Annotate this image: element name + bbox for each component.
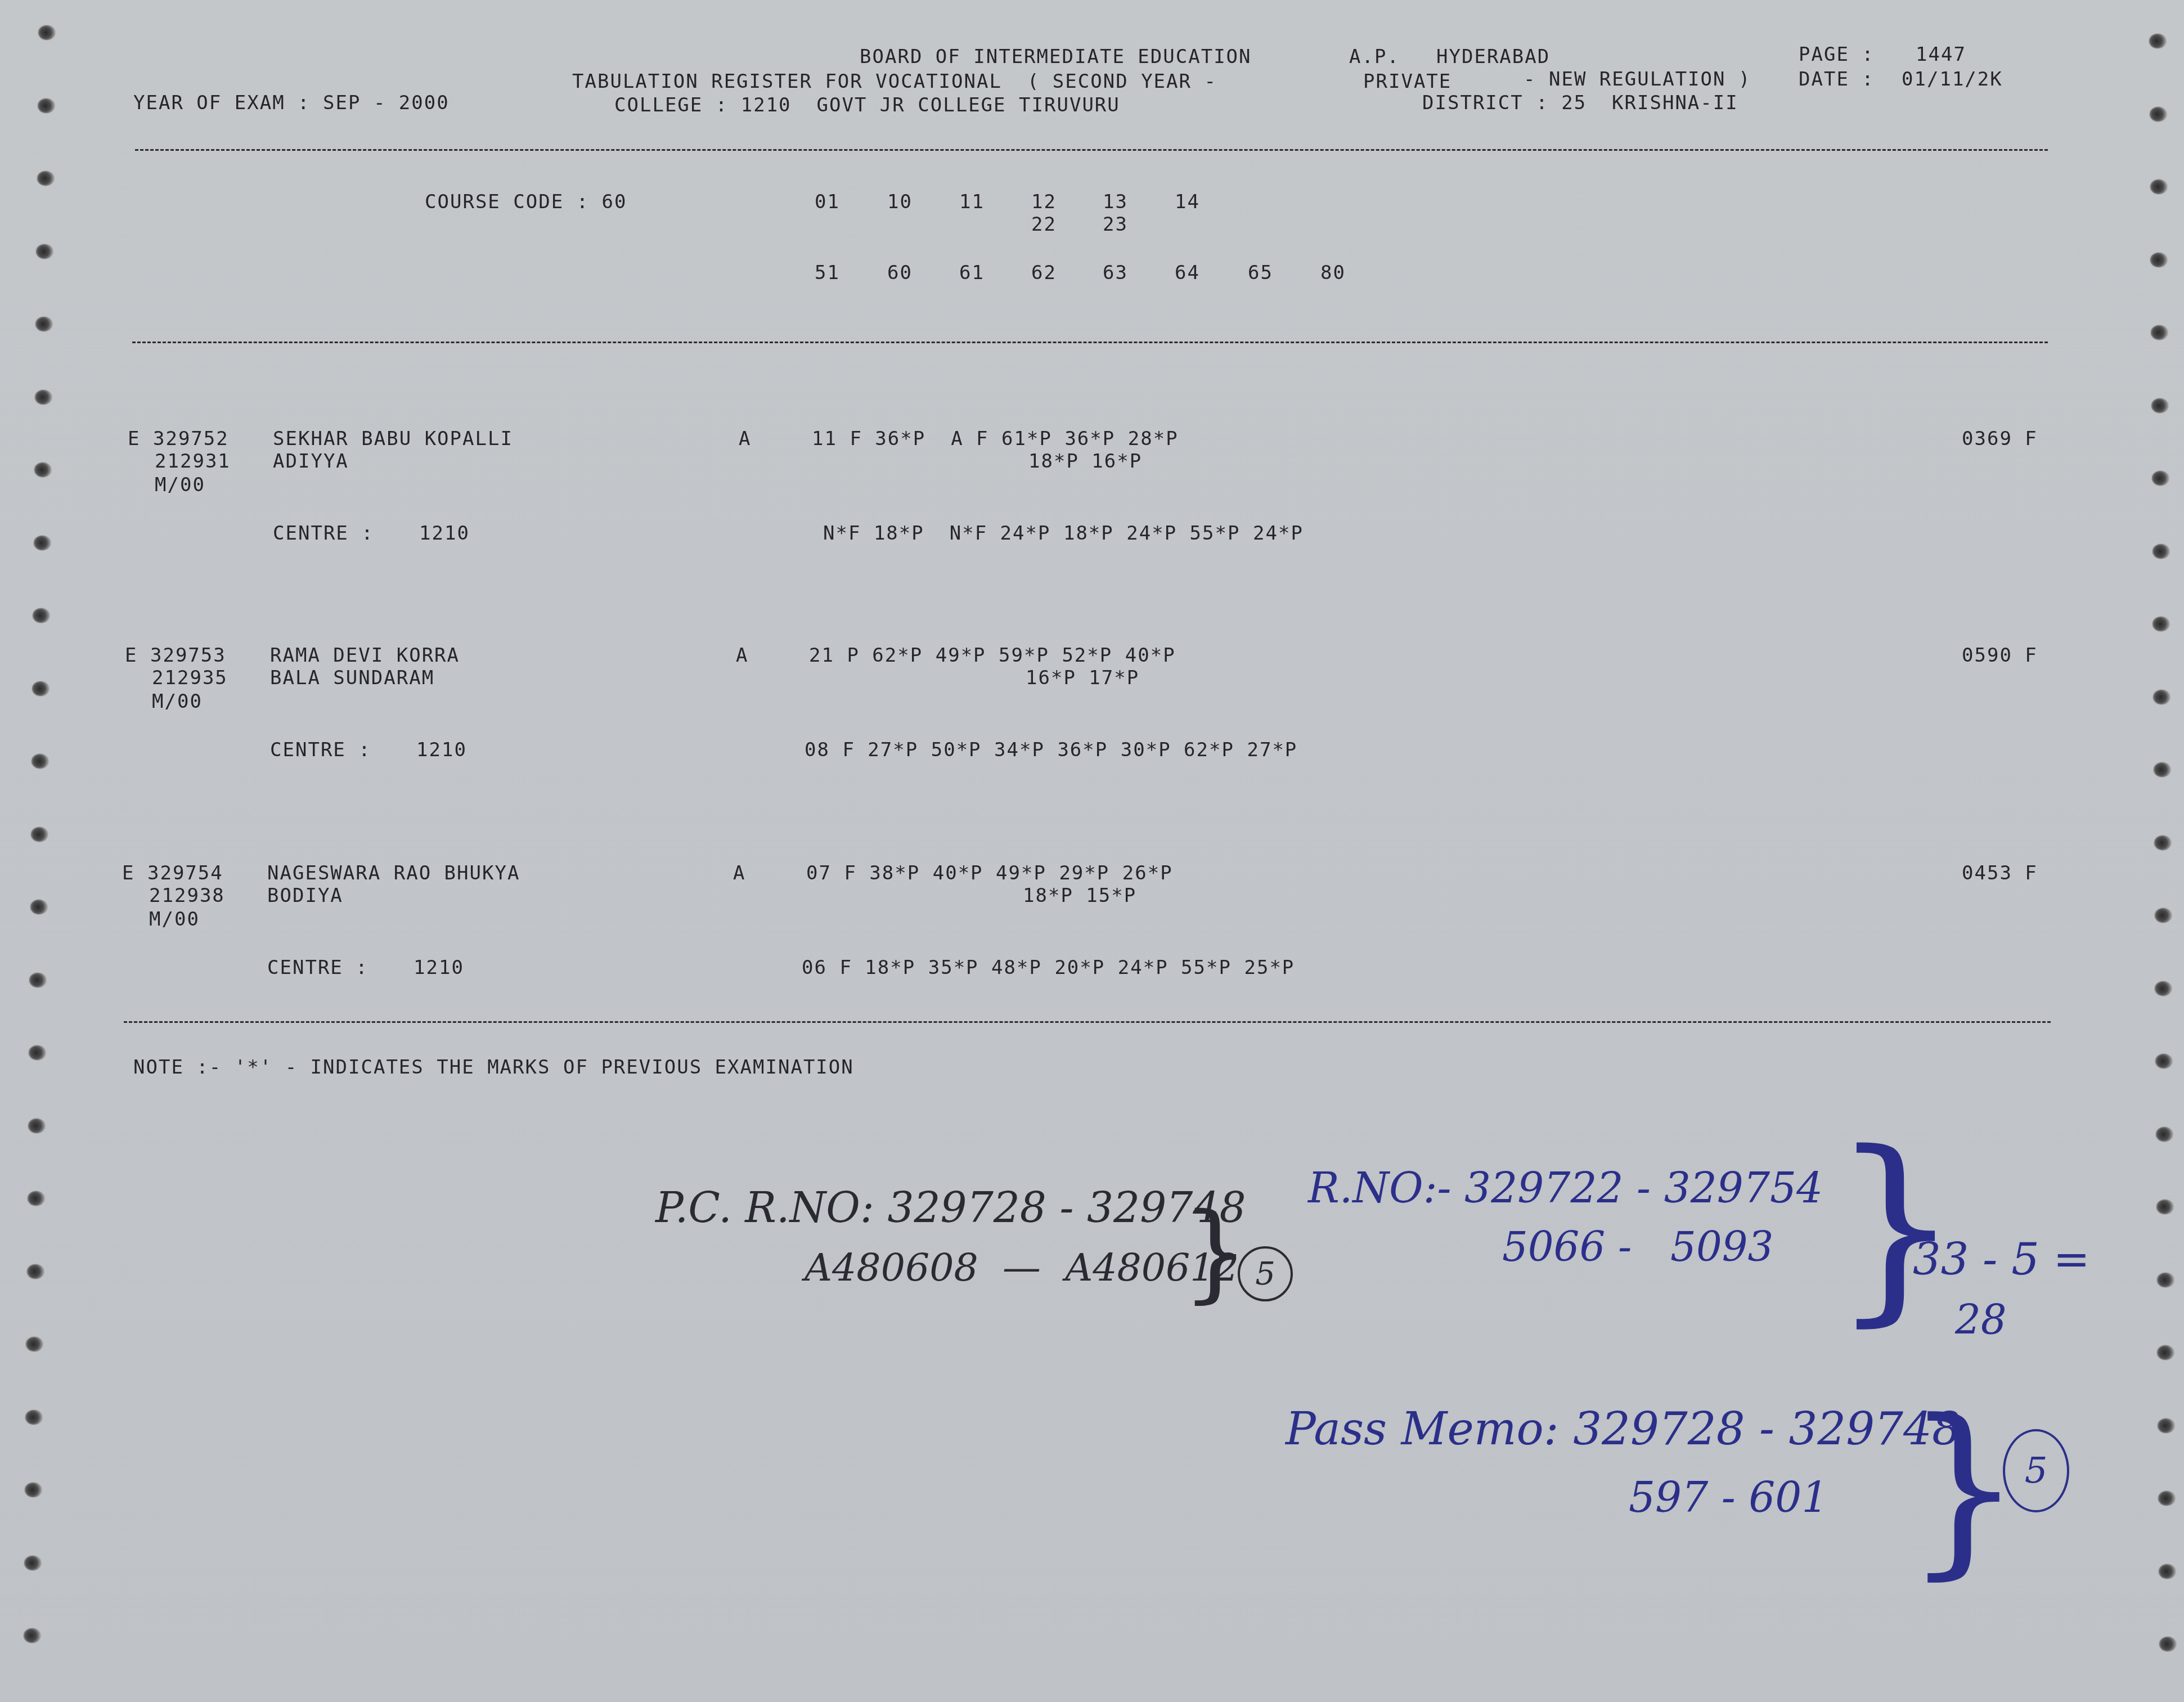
feed-hole-icon xyxy=(36,244,53,259)
total-result: 0369 F xyxy=(1962,429,2038,448)
gender-medium: M/00 xyxy=(155,475,205,495)
centre-code: 1210 xyxy=(419,524,470,543)
marks-second-year: 06 F 18*P 35*P 48*P 20*P 24*P 55*P 25*P xyxy=(802,958,1295,977)
handwritten-calculation-result: 28 xyxy=(1955,1300,2007,1340)
subject-code: 63 xyxy=(1103,263,1128,282)
feed-hole-icon xyxy=(2155,1054,2172,1068)
student-name: NAGESWARA RAO BHUKYA xyxy=(267,864,520,883)
marks-first-year: 11 F 36*P A F 61*P 36*P 28*P xyxy=(812,429,1179,448)
subject-code: 23 xyxy=(1103,215,1128,234)
feed-hole-icon xyxy=(2159,1564,2176,1579)
feed-hole-icon xyxy=(2151,398,2168,413)
subject-code: 51 xyxy=(815,263,840,282)
handwritten-pc-rno: P.C. R.NO: 329728 - 329748 xyxy=(655,1187,1246,1229)
total-result: 0590 F xyxy=(1962,646,2038,665)
feed-hole-icon xyxy=(37,171,54,186)
subject-code: 12 xyxy=(1031,192,1057,212)
feed-hole-icon xyxy=(30,900,47,914)
feed-hole-icon xyxy=(35,390,52,405)
course-code-label: COURSE CODE : 60 xyxy=(425,192,627,212)
student-id: 212931 xyxy=(155,452,231,471)
subject-code: 14 xyxy=(1175,192,1200,212)
regulation-label: - NEW REGULATION ) xyxy=(1524,70,1751,89)
handwritten-rno-serials: 5066 - 5093 xyxy=(1502,1227,1773,1267)
feed-hole-icon xyxy=(2155,908,2172,923)
student-id: 212935 xyxy=(152,668,228,688)
feed-hole-icon xyxy=(2152,471,2169,486)
feed-hole-icon xyxy=(25,1410,42,1425)
subject-code: 80 xyxy=(1320,263,1346,282)
footnote: NOTE :- '*' - INDICATES THE MARKS OF PRE… xyxy=(133,1058,854,1077)
centre-label: CENTRE : xyxy=(273,524,374,543)
feed-hole-icon xyxy=(24,1556,41,1570)
feed-hole-icon xyxy=(34,462,51,477)
feed-hole-icon xyxy=(28,1191,44,1206)
state-label: A.P. xyxy=(1349,47,1400,66)
handwritten-pass-memo: Pass Memo: 329728 - 329748 xyxy=(1286,1407,1961,1452)
feed-hole-icon xyxy=(2158,1491,2175,1506)
board-title: BOARD OF INTERMEDIATE EDUCATION xyxy=(860,47,1252,66)
feed-hole-icon xyxy=(2152,544,2169,559)
circled-count: 5 xyxy=(2003,1429,2069,1512)
feed-hole-icon xyxy=(25,1483,42,1497)
page-label: PAGE : xyxy=(1799,45,1875,64)
divider xyxy=(124,1021,2051,1023)
feed-hole-icon xyxy=(2149,34,2166,48)
handwritten-pc-serials: A480608 — A480612 xyxy=(805,1249,1239,1287)
feed-hole-icon xyxy=(31,827,48,842)
feed-hole-icon xyxy=(33,608,50,623)
circled-count: 5 xyxy=(1238,1246,1293,1301)
feed-hole-icon xyxy=(2150,253,2167,267)
student-name: RAMA DEVI KORRA xyxy=(270,646,460,665)
marks-second-year: 08 F 27*P 50*P 34*P 36*P 30*P 62*P 27*P xyxy=(805,740,1297,760)
feed-hole-icon xyxy=(29,973,46,987)
brace-icon: } xyxy=(1831,1125,1960,1328)
feed-hole-icon xyxy=(38,98,55,113)
father-name: ADIYYA xyxy=(273,452,349,471)
status-flag: A xyxy=(739,429,751,448)
father-name: BODIYA xyxy=(267,886,343,905)
divider xyxy=(132,342,2048,343)
status-flag: A xyxy=(733,864,745,883)
divider xyxy=(135,149,2048,151)
year-of-exam: YEAR OF EXAM : SEP - 2000 xyxy=(133,93,450,113)
subject-code: 64 xyxy=(1175,263,1200,282)
reg-number: E 329754 xyxy=(122,864,223,883)
handwritten-rno-range: R.NO:- 329722 - 329754 xyxy=(1308,1167,1823,1209)
centre-label: CENTRE : xyxy=(267,958,369,977)
reg-number: E 329753 xyxy=(125,646,226,665)
feed-hole-icon xyxy=(2157,1345,2174,1360)
subject-code: 01 xyxy=(815,192,840,212)
feed-hole-icon xyxy=(2158,1418,2174,1433)
marks-first-year-extra: 16*P 17*P xyxy=(1026,668,1139,688)
handwritten-calculation: 33 - 5 = xyxy=(1913,1238,2090,1282)
brace-icon: } xyxy=(1181,1198,1250,1305)
feed-hole-icon xyxy=(2159,1637,2176,1651)
date-value: 01/11/2K xyxy=(1902,70,2003,89)
feed-hole-icon xyxy=(28,1119,45,1133)
student-id: 212938 xyxy=(149,886,225,905)
subject-code: 22 xyxy=(1031,215,1057,234)
status-flag: A xyxy=(736,646,748,665)
feed-hole-icon xyxy=(24,1628,41,1643)
feed-hole-icon xyxy=(2156,1127,2173,1142)
centre-label: CENTRE : xyxy=(270,740,371,760)
father-name: BALA SUNDARAM xyxy=(270,668,434,688)
feed-hole-icon xyxy=(2153,690,2170,704)
gender-medium: M/00 xyxy=(149,910,200,929)
subject-code: 11 xyxy=(959,192,985,212)
subject-code: 62 xyxy=(1031,263,1057,282)
exam-category: PRIVATE xyxy=(1363,72,1451,91)
feed-hole-icon xyxy=(2156,1200,2173,1214)
marks-first-year-extra: 18*P 15*P xyxy=(1023,886,1136,905)
feed-hole-icon xyxy=(32,681,49,696)
total-result: 0453 F xyxy=(1962,864,2038,883)
district-info: DISTRICT : 25 KRISHNA-II xyxy=(1422,93,1738,113)
feed-hole-icon xyxy=(2154,762,2170,777)
feed-hole-icon xyxy=(35,317,52,331)
page-number: 1447 xyxy=(1916,45,1966,64)
feed-hole-icon xyxy=(32,754,48,769)
date-label: DATE : xyxy=(1799,70,1875,89)
feed-hole-icon xyxy=(2155,981,2172,996)
marks-first-year: 21 P 62*P 49*P 59*P 52*P 40*P xyxy=(809,646,1176,665)
feed-hole-icon xyxy=(27,1264,44,1279)
tabulation-register-sheet: BOARD OF INTERMEDIATE EDUCATION A.P. HYD… xyxy=(0,0,2184,1702)
register-title: TABULATION REGISTER FOR VOCATIONAL ( SEC… xyxy=(572,72,1217,91)
feed-hole-icon xyxy=(2152,617,2169,631)
city-label: HYDERABAD xyxy=(1436,47,1550,66)
marks-first-year-extra: 18*P 16*P xyxy=(1028,452,1142,471)
feed-hole-icon xyxy=(26,1337,43,1351)
subject-code: 60 xyxy=(887,263,913,282)
centre-code: 1210 xyxy=(414,958,464,977)
subject-code: 10 xyxy=(887,192,913,212)
reg-number: E 329752 xyxy=(128,429,229,448)
feed-hole-icon xyxy=(38,25,55,40)
handwritten-pass-memo-serials: 597 - 601 xyxy=(1629,1477,1828,1519)
feed-hole-icon xyxy=(2150,107,2167,122)
feed-hole-icon xyxy=(34,536,51,550)
feed-hole-icon xyxy=(2150,179,2167,194)
centre-code: 1210 xyxy=(416,740,467,760)
subject-code: 61 xyxy=(959,263,985,282)
gender-medium: M/00 xyxy=(152,692,203,711)
college-info: COLLEGE : 1210 GOVT JR COLLEGE TIRUVURU xyxy=(614,96,1120,115)
subject-code: 65 xyxy=(1248,263,1273,282)
feed-hole-icon xyxy=(2151,325,2168,340)
feed-hole-icon xyxy=(2157,1273,2174,1287)
marks-first-year: 07 F 38*P 40*P 49*P 29*P 26*P xyxy=(806,864,1173,883)
marks-second-year: N*F 18*P N*F 24*P 18*P 24*P 55*P 24*P xyxy=(823,524,1304,543)
feed-hole-icon xyxy=(29,1045,46,1060)
subject-code: 13 xyxy=(1103,192,1128,212)
student-name: SEKHAR BABU KOPALLI xyxy=(273,429,513,448)
brace-icon: } xyxy=(1904,1395,2023,1581)
feed-hole-icon xyxy=(2154,836,2171,850)
